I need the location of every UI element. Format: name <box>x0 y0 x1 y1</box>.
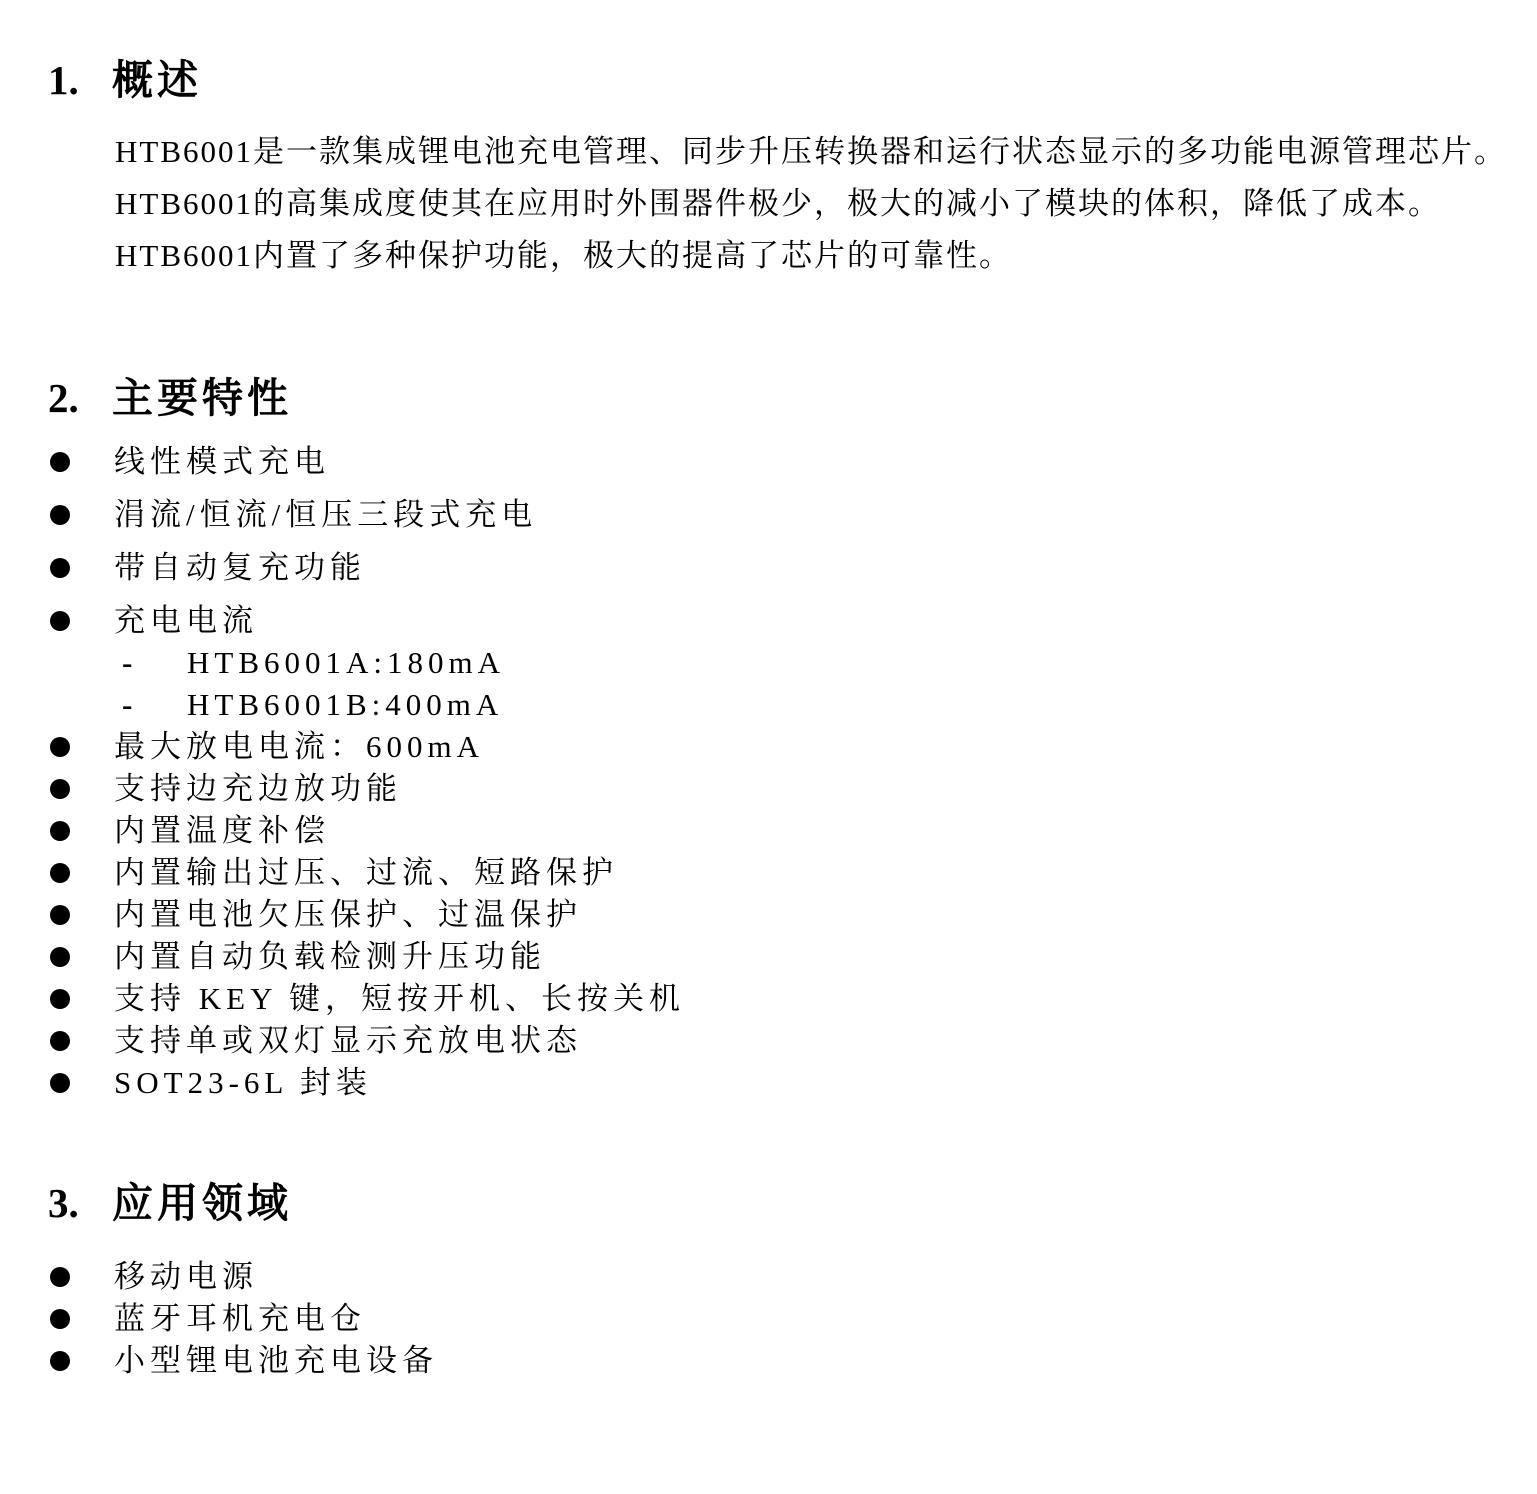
bullet-icon <box>50 821 70 841</box>
section-heading-overview: 1. 概述 <box>48 55 1497 105</box>
feature-item: 最大放电电流：600mA <box>48 731 1497 763</box>
section-number-applications: 3. <box>48 1178 112 1228</box>
feature-item: 带自动复充功能 <box>48 552 1497 584</box>
section-number-features: 2. <box>48 373 112 423</box>
feature-item: 内置输出过压、过流、短路保护 <box>48 857 1497 889</box>
bullet-icon <box>50 947 70 967</box>
feature-item: 内置电池欠压保护、过温保护 <box>48 899 1497 931</box>
overview-paragraph-line: HTB6001是一款集成锂电池充电管理、同步升压转换器和运行状态显示的多功能电源… <box>115 126 1497 178</box>
feature-sub-item: - HTB6001A:180mA <box>48 647 1497 679</box>
feature-item: 内置自动负载检测升压功能 <box>48 941 1497 973</box>
feature-sub-item: - HTB6001B:400mA <box>48 689 1497 721</box>
overview-paragraph: HTB6001是一款集成锂电池充电管理、同步升压转换器和运行状态显示的多功能电源… <box>115 126 1497 282</box>
document-page: 1. 概述 HTB6001是一款集成锂电池充电管理、同步升压转换器和运行状态显示… <box>0 0 1537 1494</box>
section-title-applications: 应用领域 <box>112 1178 292 1228</box>
feature-item: 涓流/恒流/恒压三段式充电 <box>48 499 1497 531</box>
feature-item-label: SOT23-6L 封装 <box>114 1067 372 1099</box>
bullet-icon <box>50 1267 70 1287</box>
section-title-overview: 概述 <box>112 55 202 105</box>
applications-list: 移动电源 蓝牙耳机充电仓 小型锂电池充电设备 <box>48 1261 1497 1377</box>
feature-item-label: 支持单或双灯显示充放电状态 <box>114 1025 582 1057</box>
overview-paragraph-line: HTB6001的高集成度使其在应用时外围器件极少，极大的减小了模块的体积，降低了… <box>115 178 1497 230</box>
feature-item-label: 内置输出过压、过流、短路保护 <box>114 857 618 889</box>
section-title-features: 主要特性 <box>112 373 292 423</box>
feature-item: 内置温度补偿 <box>48 815 1497 847</box>
feature-item: 支持边充边放功能 <box>48 773 1497 805</box>
bullet-icon <box>50 989 70 1009</box>
feature-item: 线性模式充电 <box>48 446 1497 478</box>
application-item: 小型锂电池充电设备 <box>48 1345 1497 1377</box>
section-number-overview: 1. <box>48 55 112 105</box>
bullet-icon <box>50 737 70 757</box>
bullet-icon <box>50 779 70 799</box>
bullet-icon <box>50 1073 70 1093</box>
section-heading-applications: 3. 应用领域 <box>48 1178 1497 1228</box>
feature-item-label: 带自动复充功能 <box>114 552 366 584</box>
application-item: 移动电源 <box>48 1261 1497 1293</box>
feature-item: 支持单或双灯显示充放电状态 <box>48 1025 1497 1057</box>
bullet-icon <box>50 1351 70 1371</box>
feature-sub-item-label: HTB6001A:180mA <box>187 647 505 679</box>
feature-sub-item-label: HTB6001B:400mA <box>187 689 503 721</box>
bullet-icon <box>50 505 70 525</box>
application-item-label: 移动电源 <box>114 1261 258 1293</box>
feature-item-label: 内置自动负载检测升压功能 <box>114 941 546 973</box>
feature-item: 支持 KEY 键，短按开机、长按关机 <box>48 983 1497 1015</box>
application-item: 蓝牙耳机充电仓 <box>48 1303 1497 1335</box>
feature-item-label: 支持 KEY 键，短按开机、长按关机 <box>114 983 685 1015</box>
bullet-icon <box>50 558 70 578</box>
bullet-icon <box>50 1309 70 1329</box>
features-list: 线性模式充电 涓流/恒流/恒压三段式充电 带自动复充功能 充电电流 - HTB6… <box>48 446 1497 1099</box>
feature-item-label: 线性模式充电 <box>114 446 330 478</box>
feature-item-label: 充电电流 <box>114 605 258 637</box>
bullet-icon <box>50 863 70 883</box>
application-item-label: 蓝牙耳机充电仓 <box>114 1303 366 1335</box>
feature-item-label: 内置电池欠压保护、过温保护 <box>114 899 582 931</box>
bullet-icon <box>50 905 70 925</box>
feature-item-label: 最大放电电流：600mA <box>114 731 484 763</box>
feature-item: 充电电流 <box>48 605 1497 637</box>
dash-icon: - <box>122 689 187 721</box>
feature-item-label: 内置温度补偿 <box>114 815 330 847</box>
overview-paragraph-line: HTB6001内置了多种保护功能，极大的提高了芯片的可靠性。 <box>115 230 1497 282</box>
bullet-icon <box>50 611 70 631</box>
section-heading-features: 2. 主要特性 <box>48 373 1497 423</box>
feature-item: SOT23-6L 封装 <box>48 1067 1497 1099</box>
bullet-icon <box>50 1031 70 1051</box>
feature-item-label: 支持边充边放功能 <box>114 773 402 805</box>
bullet-icon <box>50 452 70 472</box>
dash-icon: - <box>122 647 187 679</box>
application-item-label: 小型锂电池充电设备 <box>114 1345 438 1377</box>
feature-item-label: 涓流/恒流/恒压三段式充电 <box>114 499 537 531</box>
